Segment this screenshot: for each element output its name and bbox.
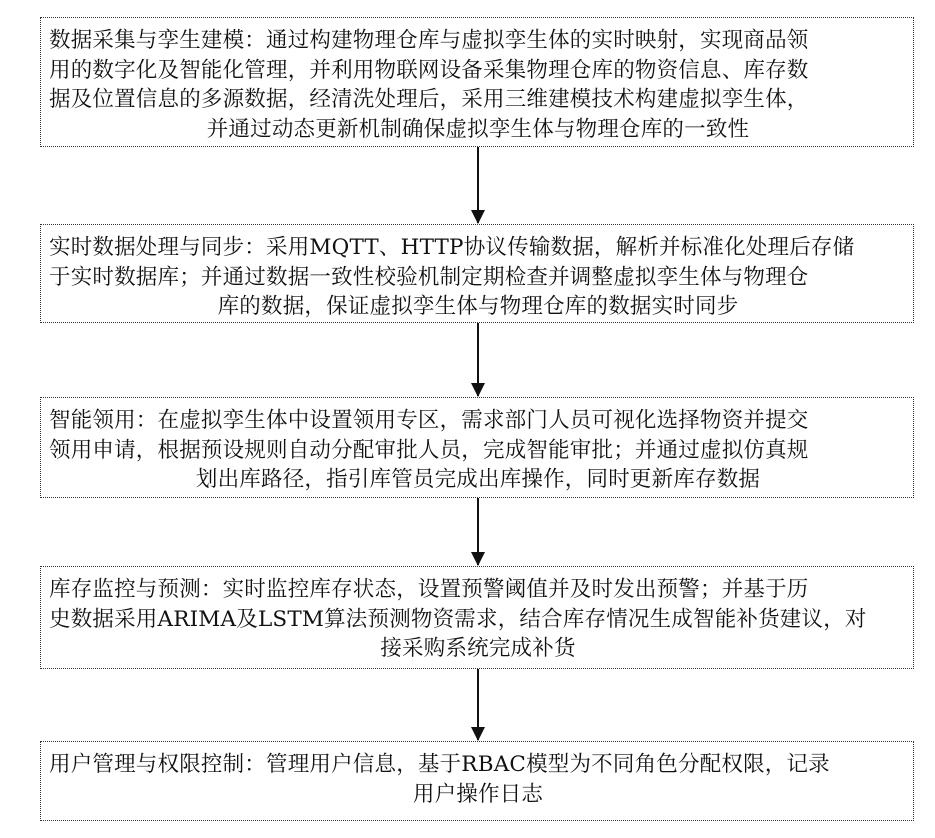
flow-step-user-permissions: 用户管理与权限控制：管理用户信息，基于RBAC模型为不同角色分配权限，记录 用户… — [40, 741, 914, 821]
step-text: 库存监控与预测：实时监控库存状态，设置预警阈值并及时发出预警；并基于历 史数据采… — [49, 575, 907, 664]
step-text: 数据采集与孪生建模：通过构建物理仓库与虚拟孪生体的实时映射，实现商品领 用的数字… — [49, 26, 907, 144]
arrow-down-icon — [477, 669, 479, 740]
step-line: 史数据采用ARIMA及LSTM算法预测物资需求，结合库存情况生成智能补货建议，对 — [49, 605, 907, 635]
step-line: 据及位置信息的多源数据，经清洗处理后，采用三维建模技术构建虚拟孪生体， — [49, 85, 907, 115]
arrow-down-icon — [477, 498, 479, 565]
step-line: 接采购系统完成补货 — [380, 636, 575, 661]
step-text: 实时数据处理与同步：采用MQTT、HTTP协议传输数据，解析并标准化处理后存储 … — [49, 233, 907, 322]
arrow-down-icon — [477, 147, 479, 223]
step-line: 用户管理与权限控制：管理用户信息，基于RBAC模型为不同角色分配权限，记录 — [49, 750, 907, 780]
step-line: 用的数字化及智能化管理，并利用物联网设备采集物理仓库的物资信息、库存数 — [49, 56, 907, 86]
step-line: 划出库路径，指引库管员完成出库操作，同时更新库存数据 — [196, 467, 760, 492]
step-line: 库的数据，保证虚拟孪生体与物理仓库的数据实时同步 — [218, 294, 739, 319]
step-line: 并通过动态更新机制确保虚拟孪生体与物理仓库的一致性 — [207, 117, 750, 142]
flow-step-smart-requisition: 智能领用：在虚拟孪生体中设置领用专区，需求部门人员可视化选择物资并提交 领用申请… — [40, 397, 914, 498]
step-line: 用户操作日志 — [413, 782, 543, 807]
flow-step-realtime-sync: 实时数据处理与同步：采用MQTT、HTTP协议传输数据，解析并标准化处理后存储 … — [40, 224, 914, 323]
step-text: 智能领用：在虚拟孪生体中设置领用专区，需求部门人员可视化选择物资并提交 领用申请… — [49, 406, 907, 495]
step-line: 库存监控与预测：实时监控库存状态，设置预警阈值并及时发出预警；并基于历 — [49, 575, 907, 605]
step-text: 用户管理与权限控制：管理用户信息，基于RBAC模型为不同角色分配权限，记录 用户… — [49, 750, 907, 809]
step-line: 于实时数据库；并通过数据一致性校验机制定期检查并调整虚拟孪生体与物理仓 — [49, 263, 907, 293]
step-line: 实时数据处理与同步：采用MQTT、HTTP协议传输数据，解析并标准化处理后存储 — [49, 233, 907, 263]
arrow-down-icon — [477, 323, 479, 396]
step-line: 数据采集与孪生建模：通过构建物理仓库与虚拟孪生体的实时映射，实现商品领 — [49, 26, 907, 56]
step-line: 领用申请，根据预设规则自动分配审批人员，完成智能审批；并通过虚拟仿真规 — [49, 436, 907, 466]
flow-step-inventory-monitoring: 库存监控与预测：实时监控库存状态，设置预警阈值并及时发出预警；并基于历 史数据采… — [40, 566, 914, 669]
flow-step-data-collection: 数据采集与孪生建模：通过构建物理仓库与虚拟孪生体的实时映射，实现商品领 用的数字… — [40, 17, 914, 147]
step-line: 智能领用：在虚拟孪生体中设置领用专区，需求部门人员可视化选择物资并提交 — [49, 406, 907, 436]
